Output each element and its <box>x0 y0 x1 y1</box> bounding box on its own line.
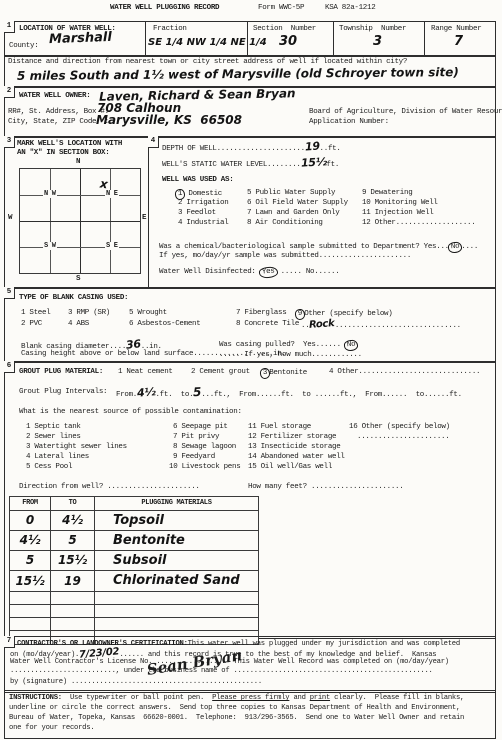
instructions-text: Use typewriter or ball point pen. <box>62 694 212 702</box>
contam-septic-tank: 1 Septic tank <box>26 423 81 432</box>
option-label: Lawn and Garden Only <box>255 209 339 217</box>
use-option-lawn-garden: 7 Lawn and Garden Only <box>247 209 339 218</box>
instructions-underlined-text: Please press firmly <box>212 694 289 702</box>
diameter-value: 36 <box>126 339 142 349</box>
dots: ..... No...... <box>276 268 339 276</box>
mark-location-title-1: MARK WELL'S LOCATION WITH <box>17 140 122 149</box>
casing-option-rmp: 3 RMP (SR) <box>68 309 110 318</box>
static-level-value: 15½ <box>300 157 326 167</box>
material-value <box>95 592 258 604</box>
casing-title: TYPE OF BLANK CASING USED: <box>19 294 128 303</box>
contam-other: 16 Other (specify below) <box>349 423 450 432</box>
form-statute: KSA 82a-1212 <box>325 4 375 13</box>
option-label: Steel <box>29 309 50 317</box>
section-6-badge: 6 <box>4 361 15 373</box>
dots: .... <box>461 243 478 251</box>
instructions-line-4: one for your records. <box>9 724 94 733</box>
use-option-feedlot: 3 Feedlot <box>178 209 216 218</box>
quadrant-nw-label: N W <box>43 190 57 198</box>
circled-option-3: 3 <box>260 368 271 380</box>
contam-insecticide-storage: 13 Insecticide storage <box>248 443 340 452</box>
direction-from-well-label: Direction from well? ...................… <box>19 483 200 492</box>
circled-answer-no: No <box>344 340 359 352</box>
disinfected-label: Water Well Disinfected: <box>159 268 260 276</box>
contam-cess-pool: 5 Cess Pool <box>26 463 72 472</box>
table-row-empty <box>10 592 258 605</box>
option-label: Neat cement <box>126 368 172 376</box>
water-well-plugging-record-form: WATER WELL PLUGGING RECORD Form WWC-5P K… <box>0 0 502 740</box>
use-option-other: 12 Other................... <box>362 219 475 228</box>
grout-option-other: 4 Other............................. <box>329 368 480 377</box>
casing-option-other: 9Other (specify below) <box>296 309 392 320</box>
section-3-badge: 3 <box>4 136 15 148</box>
range-number-value: 7 <box>454 34 463 49</box>
section-number-label: Section Number <box>253 25 316 34</box>
table-header-row: FROM TO PLUGGING MATERIALS <box>10 497 258 511</box>
instructions-label: INSTRUCTIONS: <box>9 694 62 702</box>
fraction-value: SE 1/4 NW 1/4 NE 1/4 <box>148 37 267 48</box>
casing-option-asbestos: 6 Asbestos-Cement <box>129 320 200 329</box>
instructions-box: INSTRUCTIONS: Use typewriter or ball poi… <box>4 690 496 739</box>
from-value <box>10 605 51 617</box>
instructions-line-1: INSTRUCTIONS: Use typewriter or ball poi… <box>9 694 464 703</box>
interval-text: .ft. to. <box>155 391 193 399</box>
well-location-x-mark: x <box>99 177 109 192</box>
divider <box>145 22 146 56</box>
option-label: PVC <box>29 320 42 328</box>
address-label: RR#, St. Address, Box #: <box>8 108 109 117</box>
to-value <box>51 618 95 630</box>
material-value: Bentonite <box>113 532 185 550</box>
contam-fertilizer-storage: 12 Fertilizer storage <box>248 433 336 442</box>
section-7-badge: 7 <box>4 636 15 648</box>
option-label: Other................... <box>375 219 476 227</box>
compass-south-label: S <box>76 275 80 284</box>
from-header: FROM <box>10 497 51 510</box>
section-3-map-box: 3 MARK WELL'S LOCATION WITH AN "X" IN SE… <box>4 136 149 289</box>
circled-option-9: 9 <box>295 309 306 321</box>
depth-value: 19 <box>305 141 320 151</box>
use-option-dewatering: 9 Dewatering <box>362 189 412 198</box>
section-grid <box>19 168 141 274</box>
static-level-suffix: ft. <box>326 161 339 169</box>
sample-question: Was a chemical/bacteriological sample su… <box>159 243 449 251</box>
casing-option-concrete: 8 Concrete Tile <box>236 320 299 329</box>
option-label: Domestic <box>188 190 222 198</box>
contam-sewage-lagoon: 8 Sewage lagoon <box>173 443 236 452</box>
option-label: Other (specify below) <box>304 310 392 318</box>
to-value <box>51 592 95 604</box>
interval-text: ...ft., From......ft. to ......ft., From… <box>201 391 461 399</box>
well-used-as-label: WELL WAS USED AS: <box>162 176 233 185</box>
casing-other-value: Rock <box>309 319 335 330</box>
material-value <box>95 605 258 617</box>
circled-answer-yes: Yes <box>258 266 277 278</box>
grout-intervals-line: From.4½.ft. to.5...ft., From......ft. to… <box>116 388 462 400</box>
option-label: Bentonite <box>269 369 307 377</box>
casing-height-line: Casing height above or below land surfac… <box>21 350 286 359</box>
static-water-level-line: WELL'S STATIC WATER LEVEL........15½ft. <box>162 158 339 170</box>
depth-label: DEPTH OF WELL..................... <box>162 145 305 153</box>
contamination-question: What is the nearest source of possible c… <box>19 408 242 417</box>
grout-option-bentonite: 3Bentonite <box>261 368 307 379</box>
from-value: 4½ <box>20 531 41 550</box>
table-row-empty <box>10 618 258 631</box>
depth-suffix: ..ft. <box>320 145 341 153</box>
pulled-label: Was casing pulled? Yes...... <box>219 341 341 349</box>
grout-title: GROUT PLUG MATERIAL: <box>19 368 103 377</box>
section-2-badge: 2 <box>4 86 15 98</box>
option-label: RMP (SR) <box>76 309 110 317</box>
contam-lateral-lines: 4 Lateral lines <box>26 453 89 462</box>
material-value: Topsoil <box>113 512 164 530</box>
instructions-text: clearly. Please fill in blanks, <box>330 694 464 702</box>
form-title: WATER WELL PLUGGING RECORD <box>110 4 219 13</box>
instructions-text: and <box>289 694 309 702</box>
circled-answer-no: No <box>447 242 462 254</box>
table-row: 15½ 19 Chlorinated Sand <box>10 571 258 592</box>
city-state-zip-label: City, State, ZIP Code : <box>8 118 109 127</box>
from-value: 15½ <box>15 571 44 591</box>
use-option-air-conditioning: 8 Air Conditioning <box>247 219 323 228</box>
option-label: Irrigation <box>186 199 228 207</box>
use-option-oil-field: 6 Oil Field Water Supply <box>247 199 348 208</box>
casing-option-steel: 1 Steel <box>21 309 50 318</box>
contam-oil-gas-well: 15 Oil well/Gas well <box>248 463 332 472</box>
use-option-irrigation: 2 Irrigation <box>178 199 228 208</box>
application-number-label: Application Number: <box>309 118 389 127</box>
section-6-grout-box: 6 GROUT PLUG MATERIAL: 1 Neat cement 2 C… <box>4 361 496 639</box>
table-row-empty <box>10 605 258 618</box>
contam-watertight-sewer: 3 Watertight sewer lines <box>26 443 127 452</box>
depth-of-well-line: DEPTH OF WELL.....................19..ft… <box>162 142 341 154</box>
option-label: Oil Field Water Supply <box>255 199 347 207</box>
table-row: 0 4½ Topsoil <box>10 511 258 531</box>
divider <box>424 22 425 56</box>
material-value <box>95 618 258 630</box>
contam-abandoned-well: 14 Abandoned water well <box>248 453 345 462</box>
city-state-zip-value: Marysville, KS 66508 <box>96 113 242 127</box>
casing-option-fiberglass: 7 Fiberglass <box>236 309 286 318</box>
use-option-injection: 11 Injection Well <box>362 209 433 218</box>
form-number: Form WWC-5P <box>258 4 304 13</box>
quadrant-ne-label: N E <box>105 190 119 198</box>
grout-option-neat-cement: 1 Neat cement <box>118 368 173 377</box>
material-value: Subsoil <box>113 552 167 570</box>
plugging-materials-header: PLUGGING MATERIALS <box>95 497 258 510</box>
option-label: Feedlot <box>186 209 215 217</box>
township-number-value: 3 <box>373 34 382 49</box>
casing-option-wrought: 5 Wrought <box>129 309 167 318</box>
to-value <box>51 605 95 617</box>
option-label: Dewatering <box>370 189 412 197</box>
plugging-materials-table: FROM TO PLUGGING MATERIALS 0 4½ Topsoil … <box>9 496 259 645</box>
from-value <box>10 618 51 630</box>
township-number-label: Township Number <box>339 25 406 34</box>
section-5-badge: 5 <box>4 287 15 299</box>
use-option-industrial: 4 Industrial <box>178 219 228 228</box>
certification-text: This water well was plugged under my jur… <box>188 640 460 648</box>
how-many-feet-label: How many feet? ...................... <box>248 483 403 492</box>
quadrant-se-label: S E <box>105 242 119 250</box>
divider <box>333 22 334 56</box>
distance-box: Distance and direction from nearest town… <box>4 55 496 88</box>
instructions-line-2: underline or circle the correct answers.… <box>9 704 460 713</box>
option-label: Public Water Supply <box>255 189 335 197</box>
section-2-owner-box: 2 WATER WELL OWNER: Laven, Richard & Sea… <box>4 86 496 138</box>
casing-option-abs: 4 ABS <box>68 320 89 329</box>
option-label: Fiberglass <box>244 309 286 317</box>
option-label: Asbestos-Cement <box>137 320 200 328</box>
distance-value: 5 miles South and 1½ west of Marysville … <box>17 65 459 83</box>
disinfected-line: Water Well Disinfected: Yes ..... No....… <box>159 267 339 278</box>
grid-center-line <box>20 221 140 222</box>
option-label: Monitoring Well <box>375 199 438 207</box>
interval-from-value: 4½ <box>137 387 156 398</box>
section-4-badge: 4 <box>148 136 159 148</box>
from-value: 0 <box>26 511 34 530</box>
casing-other-specify-line: ..Rock.............................. <box>301 320 461 331</box>
section-number-value: 30 <box>279 34 297 49</box>
casing-option-pvc: 2 PVC <box>21 320 42 329</box>
use-option-public-water: 5 Public Water Supply <box>247 189 335 198</box>
option-label: Injection Well <box>375 209 434 217</box>
contam-other-dots: ...................... <box>357 433 449 442</box>
contam-feedyard: 9 Feedyard <box>173 453 215 462</box>
table-row: 5 15½ Subsoil <box>10 551 258 571</box>
interval-text: From. <box>116 391 137 399</box>
option-label: Air Conditioning <box>255 219 322 227</box>
fraction-label: Fraction <box>153 25 187 34</box>
contam-livestock-pens: 10 Livestock pens <box>169 463 240 472</box>
option-label: ABS <box>76 320 89 328</box>
interval-to-value: 5 <box>193 388 202 397</box>
contam-fuel-storage: 11 Fuel storage <box>248 423 311 432</box>
static-level-label: WELL'S STATIC WATER LEVEL........ <box>162 161 301 169</box>
compass-west-label: W <box>8 214 12 223</box>
grout-option-cement-grout: 2 Cement grout <box>191 368 250 377</box>
mark-location-title-2: AN "X" IN SECTION BOX: <box>17 149 109 158</box>
range-number-label: Range Number <box>431 25 481 34</box>
from-value <box>10 592 51 604</box>
contam-sewer-lines: 2 Sewer lines <box>26 433 81 442</box>
quadrant-sw-label: S W <box>43 242 57 250</box>
dots: .............................. <box>335 322 461 330</box>
county-value: Marshall <box>49 30 112 47</box>
contam-seepage-pit: 6 Seepage pit <box>173 423 228 432</box>
contam-pit-privy: 7 Pit privy <box>173 433 219 442</box>
grout-intervals-label: Grout Plug Intervals: <box>19 388 107 397</box>
table-row: 4½ 5 Bentonite <box>10 531 258 551</box>
owner-label: WATER WELL OWNER: <box>19 92 90 101</box>
to-value: 5 <box>68 531 76 550</box>
sample-date-line: If yes, mo/day/yr sample was submitted..… <box>159 252 411 261</box>
option-label: Cement grout <box>199 368 249 376</box>
instructions-line-3: Bureau of Water, Topeka, Kansas 66620-00… <box>9 714 464 723</box>
section-5-casing-box: 5 TYPE OF BLANK CASING USED: 1 Steel 3 R… <box>4 287 496 363</box>
grid-line <box>20 247 140 248</box>
option-label: Industrial <box>186 219 228 227</box>
certification-line-5: by (signature) .........................… <box>10 678 262 687</box>
county-label: County: <box>9 42 38 51</box>
to-value: 15½ <box>58 551 87 570</box>
option-label: Concrete Tile <box>244 320 299 328</box>
to-value: 4½ <box>62 511 83 530</box>
certification-line-4: .........................., under the bu… <box>10 667 433 676</box>
board-of-agriculture-line: Board of Agriculture, Division of Water … <box>309 108 502 117</box>
to-value: 19 <box>64 571 81 591</box>
compass-north-label: N <box>76 158 80 167</box>
option-label: Wrought <box>137 309 166 317</box>
compass-east-label: E <box>142 214 146 223</box>
use-option-monitoring: 10 Monitoring Well <box>362 199 438 208</box>
grid-line <box>20 195 140 196</box>
section-1-location-box: 1 LOCATION OF WATER WELL: County: Marsha… <box>4 21 496 57</box>
section-4-depth-box: 4 DEPTH OF WELL.....................19..… <box>148 136 496 289</box>
instructions-underlined-text: print <box>310 694 330 702</box>
to-header: TO <box>51 497 95 510</box>
section-7-certification-box: 7 CONTRACTOR'S OR LANDOWNER'S CERTIFICAT… <box>4 636 496 693</box>
section-1-badge: 1 <box>4 21 15 33</box>
from-value: 5 <box>26 551 34 570</box>
option-label: Other............................. <box>337 368 480 376</box>
material-value: Chlorinated Sand <box>113 571 240 590</box>
